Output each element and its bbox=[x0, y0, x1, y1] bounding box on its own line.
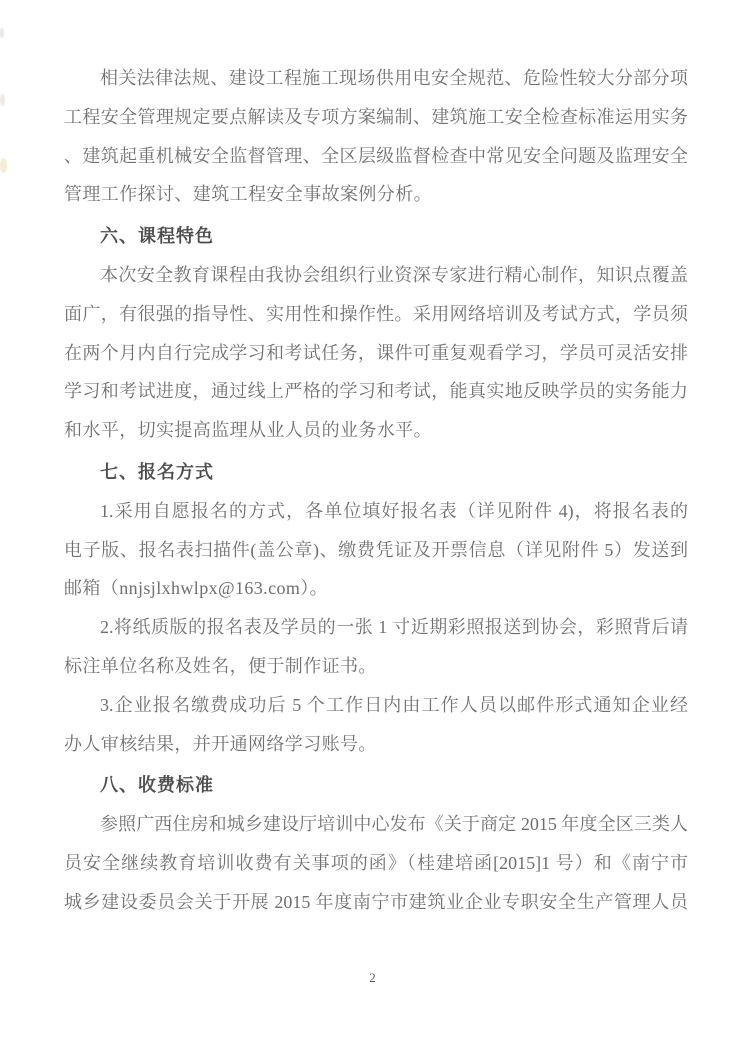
paragraph-line: 学习和考试进度，通过线上严格的学习和考试，能真实地反映学员的实务能力 bbox=[64, 372, 688, 411]
section-heading: 八、收费标准 bbox=[64, 766, 688, 805]
scan-artifact bbox=[0, 28, 4, 38]
document-page: 相关法律法规、建设工程施工现场供用电安全规范、危险性较大分部分项工程安全管理规定… bbox=[0, 0, 745, 1053]
section-heading: 六、课程特色 bbox=[64, 217, 688, 256]
paragraph-line: 相关法律法规、建设工程施工现场供用电安全规范、危险性较大分部分项 bbox=[64, 59, 688, 98]
scan-artifact bbox=[0, 94, 5, 106]
paragraph-line: 管理工作探讨、建筑工程安全事故案例分析。 bbox=[64, 175, 688, 214]
paragraph-line: 本次安全教育课程由我协会组织行业资深专家进行精心制作，知识点覆盖 bbox=[64, 256, 688, 295]
paragraph-line: 参照广西住房和城乡建设厅培训中心发布《关于商定 2015 年度全区三类人 bbox=[64, 805, 688, 844]
paragraph-line: 标注单位名称及姓名，便于制作证书。 bbox=[64, 647, 688, 686]
paragraph-line: 3.企业报名缴费成功后 5 个工作日内由工作人员以邮件形式通知企业经 bbox=[64, 686, 688, 725]
scan-artifact bbox=[0, 158, 7, 173]
paragraph-line: 电子版、报名表扫描件(盖公章)、缴费凭证及开票信息（详见附件 5）发送到 bbox=[64, 531, 688, 570]
paragraph-line: 1.采用自愿报名的方式，各单位填好报名表（详见附件 4)，将报名表的 bbox=[64, 492, 688, 531]
paragraph-line: 在两个月内自行完成学习和考试任务，课件可重复观看学习，学员可灵活安排 bbox=[64, 334, 688, 373]
paragraph-line: 员安全继续教育培训收费有关事项的函》（桂建培函[2015]1 号）和《南宁市 bbox=[64, 844, 688, 883]
paragraph-line: 和水平，切实提高监理从业人员的业务水平。 bbox=[64, 411, 688, 450]
paragraph-line: 2.将纸质版的报名表及学员的一张 1 寸近期彩照报送到协会，彩照背后请 bbox=[64, 608, 688, 647]
paragraph-line: 邮箱（nnjsjlxhwlpx@163.com）。 bbox=[64, 569, 688, 608]
paragraph-line: 面广，有很强的指导性、实用性和操作性。采用网络培训及考试方式，学员须 bbox=[64, 295, 688, 334]
section-heading: 七、报名方式 bbox=[64, 453, 688, 492]
document-body: 相关法律法规、建设工程施工现场供用电安全规范、危险性较大分部分项工程安全管理规定… bbox=[64, 59, 688, 922]
paragraph-line: 工程安全管理规定要点解读及专项方案编制、建筑施工安全检查标准运用实务 bbox=[64, 98, 688, 137]
paragraph-line: 城乡建设委员会关于开展 2015 年度南宁市建筑业企业专职安全生产管理人员 bbox=[64, 883, 688, 922]
paragraph-line: 办人审核结果，并开通网络学习账号。 bbox=[64, 725, 688, 764]
paragraph-line: 、建筑起重机械安全监督管理、全区层级监督检查中常见安全问题及监理安全 bbox=[64, 137, 688, 176]
page-number: 2 bbox=[0, 970, 745, 986]
